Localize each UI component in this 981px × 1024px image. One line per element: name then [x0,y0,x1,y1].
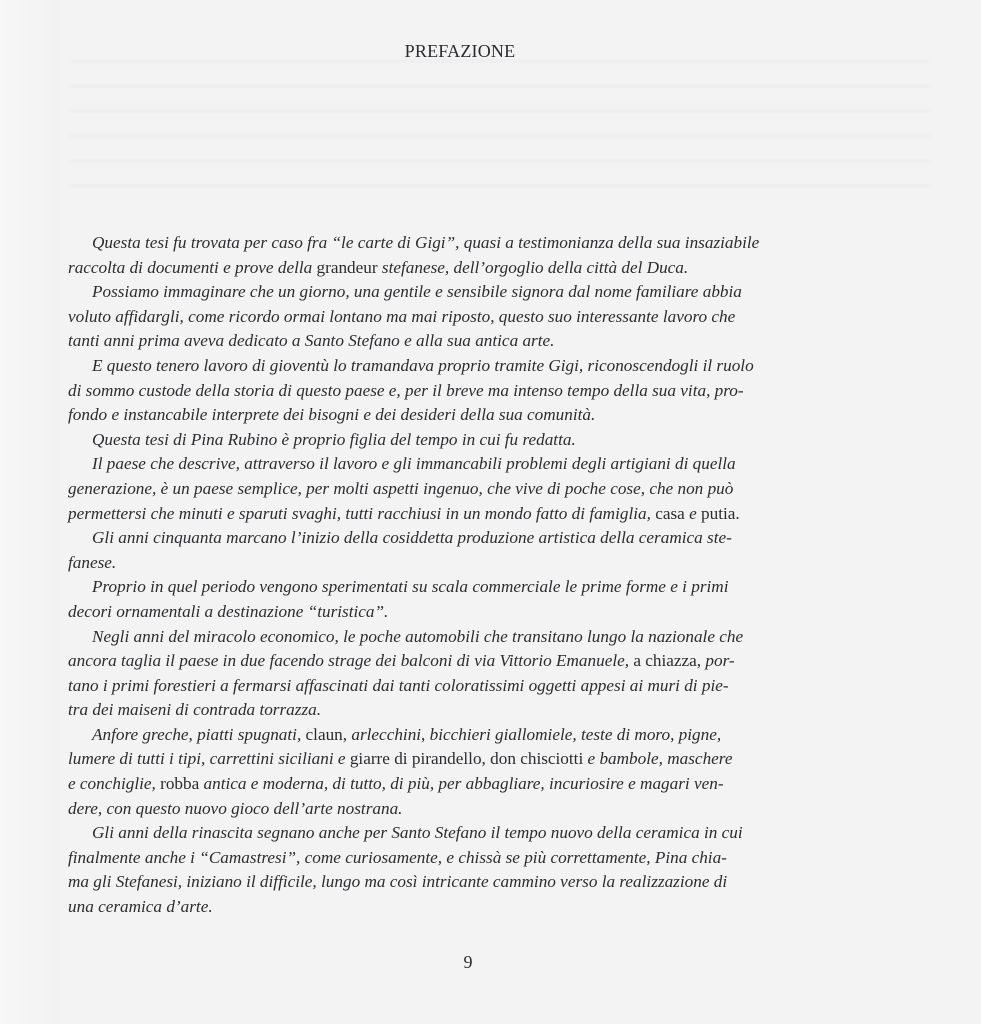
italic-text-run: antica e moderna, di tutto, di più, per … [204,774,724,793]
text-line: Negli anni del miracolo economico, le po… [68,625,860,650]
italic-text-run: generazione, è un paese semplice, per mo… [68,479,733,498]
text-line: ma gli Stefanesi, iniziano il difficile,… [68,870,860,895]
text-line: tra dei maiseni di contrada torrazza. [68,698,860,723]
page-number: 9 [0,952,936,973]
italic-text-run: e [338,749,346,768]
text-line: E questo tenero lavoro di gioventù lo tr… [68,354,860,379]
page-title: PREFAZIONE [0,41,920,62]
italic-text-run: finalmente anche i “Camastresi”, come cu… [68,848,727,867]
text-line: generazione, è un paese semplice, per mo… [68,477,860,502]
italic-text-run: raccolta di documenti e prove della [68,258,317,277]
italic-text-run: fanese. [68,553,116,572]
italic-text-run: Anfore greche, piatti spugnati, [92,725,306,744]
italic-text-run: dere, con questo nuovo gioco dell’arte n… [68,799,402,818]
roman-text-run: grandeur [317,258,378,277]
text-line: permettersi che minuti e sparuti svaghi,… [68,502,860,527]
text-line: Possiamo immaginare che un giorno, una g… [68,280,860,305]
text-line: Anfore greche, piatti spugnati, claun, a… [68,723,860,748]
text-line: Questa tesi fu trovata per caso fra “le … [68,231,860,256]
text-line: Questa tesi di Pina Rubino è proprio fig… [68,428,860,453]
italic-text-run: decori ornamentali a destinazione “turis… [68,602,388,621]
roman-text-run: casa [655,504,689,523]
italic-text-run: stefanese, dell’orgoglio della città del… [378,258,689,277]
roman-text-run: putia. [697,504,740,523]
text-line: Gli anni della rinascita segnano anche p… [68,821,860,846]
italic-text-run: e bambole, maschere [588,749,733,768]
italic-text-run: tanti anni prima aveva dedicato a Santo … [68,331,554,350]
italic-text-run: por- [705,651,734,670]
roman-text-run: robba [160,774,203,793]
text-line: tano i primi forestieri a fermarsi affas… [68,674,860,699]
italic-text-run: Il paese che descrive, attraverso il lav… [92,454,736,473]
italic-text-run: una ceramica d’arte. [68,897,213,916]
bleed-through-text [70,40,930,190]
italic-text-run: ancora taglia il paese in due facendo st… [68,651,633,670]
text-line: finalmente anche i “Camastresi”, come cu… [68,846,860,871]
italic-text-run: arlecchini, bicchieri giallomiele, teste… [351,725,721,744]
italic-text-run: di sommo custode della storia di questo … [68,381,744,400]
text-line: e conchiglie, robba antica e moderna, di… [68,772,860,797]
text-line: tanti anni prima aveva dedicato a Santo … [68,329,860,354]
italic-text-run: E questo tenero lavoro di gioventù lo tr… [92,356,754,375]
text-line: fanese. [68,551,860,576]
italic-text-run: e conchiglie, [68,774,160,793]
text-line: voluto affidargli, come ricordo ormai lo… [68,305,860,330]
italic-text-run: Gli anni della rinascita segnano anche p… [92,823,743,842]
italic-text-run: Questa tesi di Pina Rubino è proprio fig… [92,430,576,449]
text-line: lumere di tutti i tipi, carrettini sicil… [68,747,860,772]
italic-text-run: Questa tesi fu trovata per caso fra “le … [92,233,759,252]
italic-text-run: lumere di tutti i tipi, carrettini sicil… [68,749,338,768]
italic-text-run: tra dei maiseni di contrada torrazza. [68,700,321,719]
italic-text-run: Proprio in quel periodo vengono sperimen… [92,577,728,596]
italic-text-run: Negli anni del miracolo economico, le po… [92,627,743,646]
italic-text-run: Gli anni cinquanta marcano l’inizio dell… [92,528,732,547]
text-line: una ceramica d’arte. [68,895,860,920]
text-line: Il paese che descrive, attraverso il lav… [68,452,860,477]
roman-text-run: claun, [306,725,352,744]
text-line: di sommo custode della storia di questo … [68,379,860,404]
italic-text-run: e [689,504,697,523]
text-line: Gli anni cinquanta marcano l’inizio dell… [68,526,860,551]
text-line: ancora taglia il paese in due facendo st… [68,649,860,674]
text-line: decori ornamentali a destinazione “turis… [68,600,860,625]
preface-body: Questa tesi fu trovata per caso fra “le … [68,231,860,920]
italic-text-run: ma gli Stefanesi, iniziano il difficile,… [68,872,727,891]
italic-text-run: Possiamo immaginare che un giorno, una g… [92,282,742,301]
text-line: dere, con questo nuovo gioco dell’arte n… [68,797,860,822]
italic-text-run: voluto affidargli, come ricordo ormai lo… [68,307,735,326]
text-line: raccolta di documenti e prove della gran… [68,256,860,281]
roman-text-run: a chiazza, [633,651,705,670]
italic-text-run: fondo e instancabile interprete dei biso… [68,405,595,424]
roman-text-run: giarre di pirandello, don chisciotti [346,749,588,768]
page-gutter [0,0,60,1024]
text-line: Proprio in quel periodo vengono sperimen… [68,575,860,600]
text-line: fondo e instancabile interprete dei biso… [68,403,860,428]
italic-text-run: permettersi che minuti e sparuti svaghi,… [68,504,655,523]
italic-text-run: tano i primi forestieri a fermarsi affas… [68,676,729,695]
